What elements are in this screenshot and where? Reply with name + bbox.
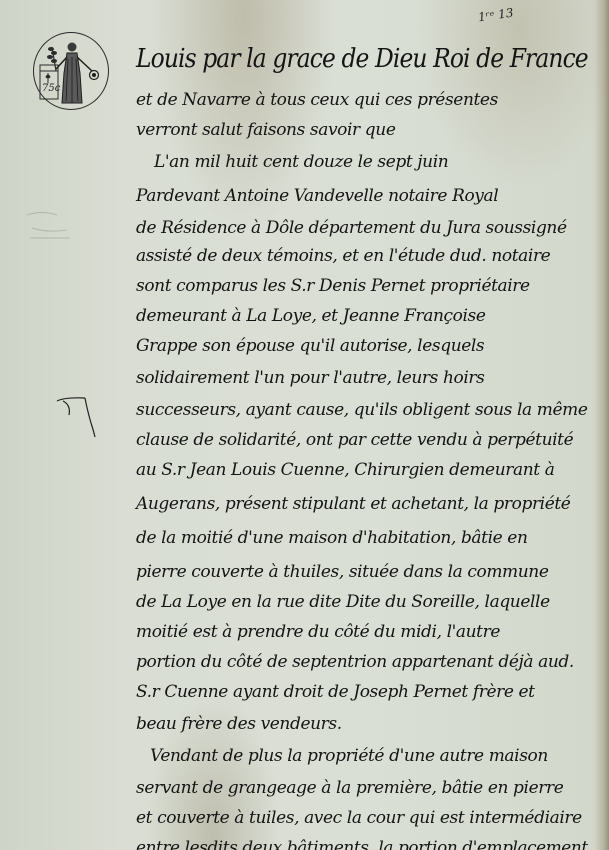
text-line: successeurs, ayant cause, qu'ils obligen… xyxy=(136,400,588,420)
margin-bracket-mark-icon xyxy=(55,395,100,445)
text-line: moitié est à prendre du côté du midi, l'… xyxy=(136,622,500,642)
text-line: Augerans, présent stipulant et achetant,… xyxy=(136,494,570,514)
page-edge-shadow xyxy=(595,0,609,850)
text-line: Pardevant Antoine Vandevelle notaire Roy… xyxy=(136,186,498,206)
text-line: L'an mil huit cent douze le sept juin xyxy=(154,152,448,172)
faded-margin-mark-icon xyxy=(22,200,82,245)
text-line: Louis par la grace de Dieu Roi de France xyxy=(136,44,588,74)
text-line: de la moitié d'une maison d'habitation, … xyxy=(136,528,528,548)
text-line: Vendant de plus la propriété d'une autre… xyxy=(150,746,548,766)
allegorical-figure-stamp-icon xyxy=(34,33,110,111)
text-line: portion du côté de septentrion appartena… xyxy=(136,652,574,672)
tax-stamp: 75c xyxy=(33,32,109,110)
folio-number: 1ʳᵉ 13 xyxy=(477,6,514,25)
text-line: servant de grangeage à la première, bâti… xyxy=(136,778,563,798)
text-line: verront salut faisons savoir que xyxy=(136,120,395,140)
text-line: au S.r Jean Louis Cuenne, Chirurgien dem… xyxy=(136,460,554,480)
text-line: et de Navarre à tous ceux qui ces présen… xyxy=(136,90,498,110)
text-line: sont comparus les S.r Denis Pernet propr… xyxy=(136,276,530,296)
document-page: 75c 1ʳᵉ 13 Louis par la grace de Dieu Ro… xyxy=(0,0,609,850)
text-line: clause de solidarité, ont par cette vend… xyxy=(136,430,573,450)
text-line: beau frère des vendeurs. xyxy=(136,714,342,734)
text-line: pierre couverte à thuiles, située dans l… xyxy=(136,562,549,582)
text-line: demeurant à La Loye, et Jeanne Françoise xyxy=(136,306,486,326)
text-line: de La Loye en la rue dite Dite du Soreil… xyxy=(136,592,550,612)
text-line: solidairement l'un pour l'autre, leurs h… xyxy=(136,368,484,388)
text-line: Grappe son épouse qu'il autorise, lesque… xyxy=(136,336,484,356)
text-line: S.r Cuenne ayant droit de Joseph Pernet … xyxy=(136,682,535,702)
text-line: entre lesdits deux bâtiments, la portion… xyxy=(136,838,588,850)
text-line: et couverte à tuiles, avec la cour qui e… xyxy=(136,808,582,828)
text-line: de Résidence à Dôle département du Jura … xyxy=(136,218,567,238)
stamp-value: 75c xyxy=(42,83,60,94)
text-line: assisté de deux témoins, et en l'étude d… xyxy=(136,246,550,266)
